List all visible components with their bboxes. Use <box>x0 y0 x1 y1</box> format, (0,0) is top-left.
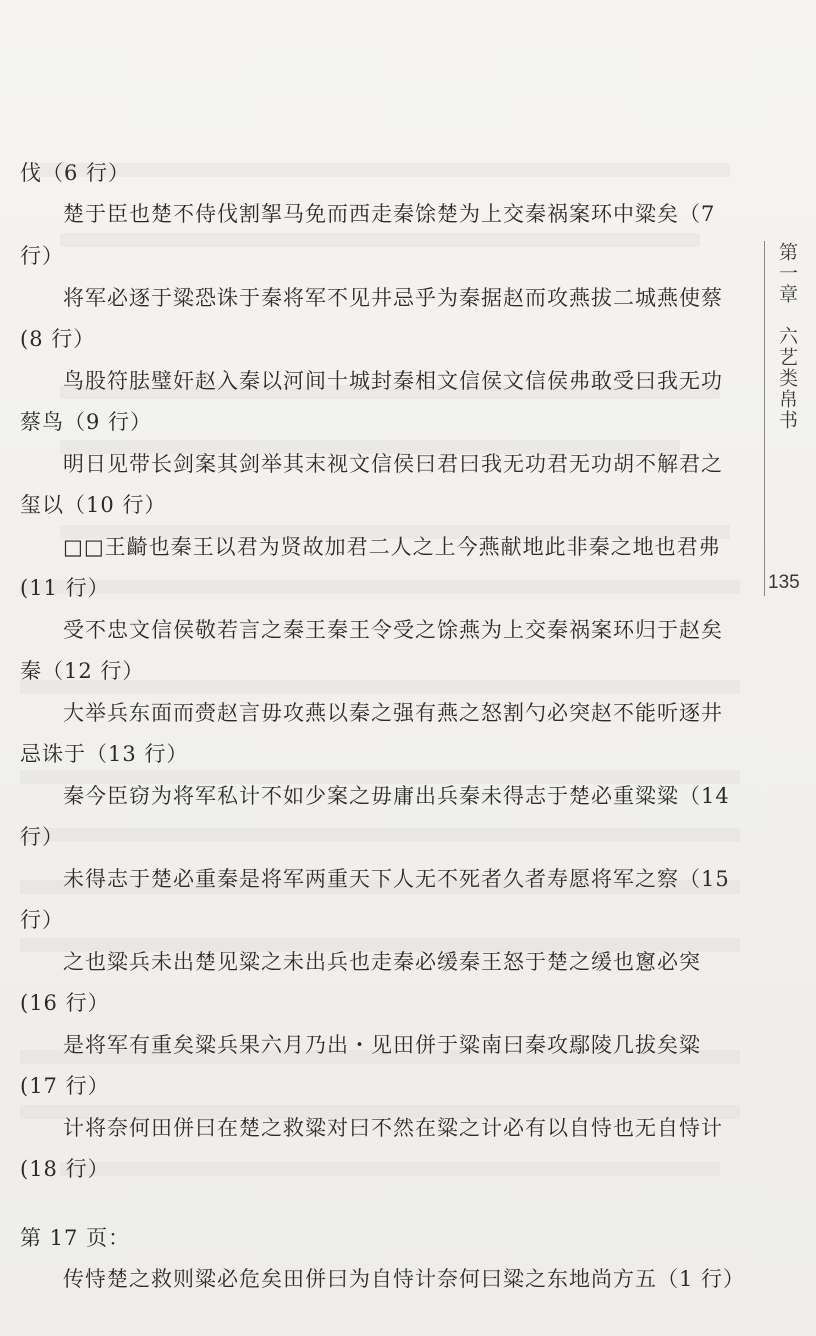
text-line: □□王齮也秦王以君为贤故加君二人之上今燕献地此非秦之地也君弗 <box>63 532 721 562</box>
text-line: (8 行） <box>20 324 95 354</box>
text-line: 伐（6 行） <box>20 158 130 188</box>
text-line: 秦今臣窃为将军私计不如少案之毋庸出兵秦未得志于楚必重粱粱（14 <box>63 781 730 811</box>
text-line: 行） <box>20 905 64 935</box>
text-line: 计将奈何田併曰在楚之救粱对曰不然在粱之计必有以自恃也无自恃计 <box>63 1113 723 1143</box>
text-line: 鸟股符胠璧奸赵入秦以河间十城封秦相文信侯文信侯弗敢受曰我无功 <box>63 366 723 396</box>
text-line: 明日见带长剑案其剑举其末视文信侯曰君曰我无功君无功胡不解君之 <box>63 449 723 479</box>
text-line: 将军必逐于粱恐诛于秦将军不见井忌乎为秦据赵而攻燕拔二城燕使蔡 <box>63 283 723 313</box>
text-line: 玺以（10 行） <box>20 490 166 520</box>
text-line: 大举兵东面而赍赵言毋攻燕以秦之强有燕之怒割勺必突赵不能听逐井 <box>63 698 723 728</box>
text-line: 忌诛于（13 行） <box>20 739 188 769</box>
text-line: 行） <box>20 822 64 852</box>
text-line: 未得志于楚必重秦是将军两重天下人无不死者久者寿愿将军之察（15 <box>63 864 730 894</box>
text-line: 秦（12 行） <box>20 656 144 686</box>
text-line: (17 行） <box>20 1071 110 1101</box>
text-line: 行） <box>20 241 64 271</box>
book-page: 伐（6 行） 楚于臣也楚不侍伐割挐马免而西走秦馀楚为上交秦祸案环中粱矣（7 行）… <box>0 0 816 1336</box>
page-number: 135 <box>768 572 800 594</box>
section-heading-page-17: 第 17 页： <box>20 1223 130 1253</box>
text-line: (18 行） <box>20 1154 110 1184</box>
text-line: 传恃楚之救则粱必危矣田併曰为自恃计奈何曰粱之东地尚方五（1 行） <box>63 1264 745 1294</box>
margin-divider-rule <box>764 241 765 596</box>
text-line: (11 行） <box>20 573 110 603</box>
running-chapter-title: 第一章 六艺类帛书 <box>776 242 798 431</box>
text-line: 受不忠文信侯敬若言之秦王秦王令受之馀燕为上交秦祸案环归于赵矣 <box>63 615 723 645</box>
text-line: 楚于臣也楚不侍伐割挐马免而西走秦馀楚为上交秦祸案环中粱矣（7 <box>63 199 715 229</box>
text-line: 蔡鸟（9 行） <box>20 407 152 437</box>
text-line: (16 行） <box>20 988 110 1018</box>
text-line: 是将军有重矣粱兵果六月乃出・见田併于粱南曰秦攻鄢陵几拔矣粱 <box>63 1030 701 1060</box>
text-line: 之也粱兵未出楚见粱之未出兵也走秦必缓秦王怒于楚之缓也窻必突 <box>63 947 701 977</box>
